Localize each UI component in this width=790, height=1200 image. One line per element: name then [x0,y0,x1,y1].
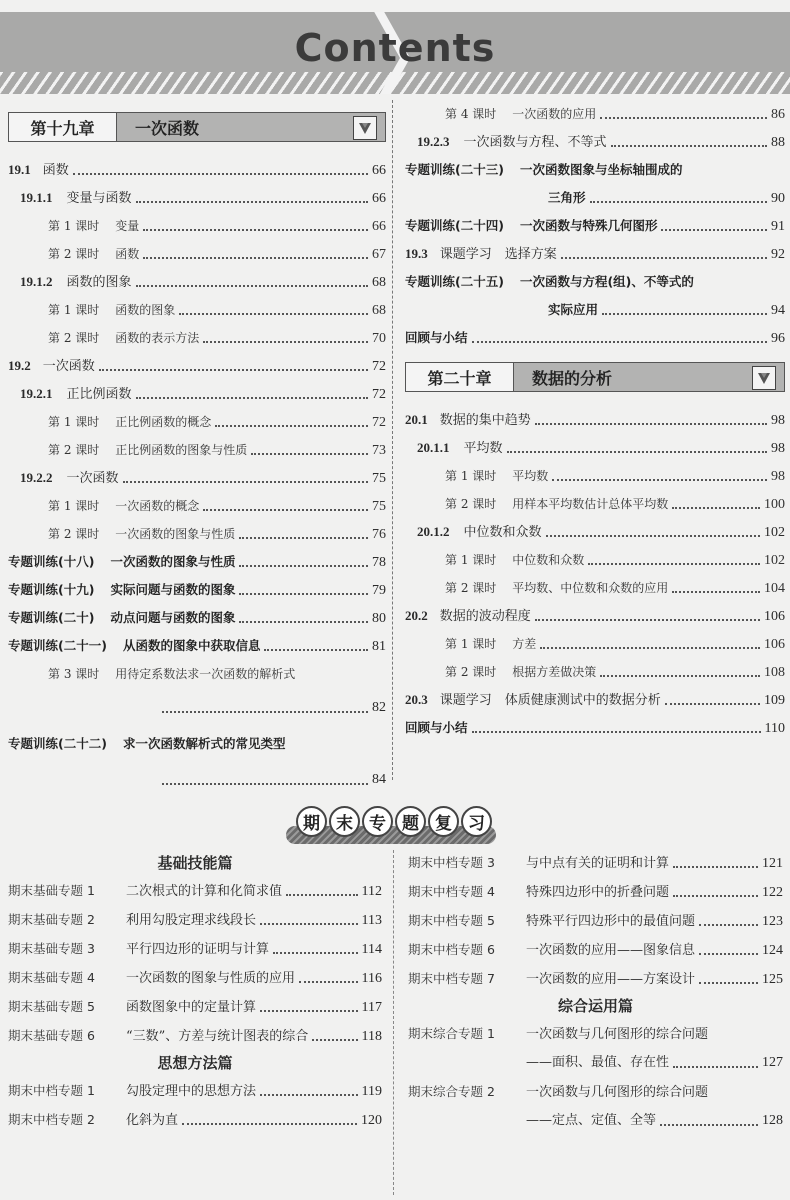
dot-leader [203,341,368,343]
entry-title: 用样本平均数估计总体平均数 [512,497,668,511]
dot-leader [535,619,760,621]
toc-entry[interactable]: 专题训练(十八)一次函数的图象与性质78 [8,548,386,576]
page-number: 72 [372,353,386,381]
page-number: 78 [372,549,386,577]
dot-leader [600,675,760,677]
entry-title: 课题学习 体质健康测试中的数据分析 [440,693,661,708]
entry-label: 第 2 课时用样本平均数估计总体平均数 [445,490,668,518]
entry-code: 期末中档专题 7 [408,964,526,993]
dot-leader [660,1124,758,1126]
dot-leader [552,479,767,481]
toc-entry-continued[interactable]: 实际应用94 [405,296,785,324]
review-entry[interactable]: 期末中档专题 4特殊四边形中的折叠问题122 [408,877,783,906]
toc-entry[interactable]: 20.1.1平均数98 [405,434,785,462]
title-char-badge: 末 [329,806,360,837]
dot-leader [699,924,758,926]
entry-label: 第 1 课时一次函数的概念 [48,492,199,520]
page-number: 124 [762,936,783,965]
page-number: 72 [372,409,386,437]
dot-leader [673,866,758,868]
page-number: 67 [372,241,386,269]
dot-leader [143,229,368,231]
page-number: 116 [362,964,382,993]
title-char-badge: 习 [461,806,492,837]
toc-entry[interactable]: 专题训练(二十三)一次函数图象与坐标轴围成的 [405,156,785,184]
entry-title: 一次函数 [67,471,119,486]
entry-label: 第 1 课时中位数和众数 [445,546,584,574]
review-entry[interactable]: 期末基础专题 2利用勾股定理求线段长113 [8,905,382,934]
chapter-20-header[interactable]: 第二十章 数据的分析 [405,362,785,392]
review-entry[interactable]: 期末综合专题 1一次函数与几何图形的综合问题 [408,1019,783,1048]
page-number: 108 [764,659,785,687]
entry-code: 第 1 课时 [445,553,496,567]
entry-title: 数据的波动程度 [440,609,531,624]
chapter-name: 数据的分析 [532,366,612,389]
toc-entry[interactable]: 第 2 课时一次函数的图象与性质76 [8,520,386,548]
entry-code: 19.1.1 [20,190,53,205]
entry-label: 第 1 课时变量 [48,212,139,240]
chapter-19-column: 第十九章 一次函数 19.1函数6619.1.1变量与函数66第 1 课时变量6… [8,112,386,794]
chevron-down-icon[interactable] [353,116,377,140]
toc-entry[interactable]: 第 2 课时根据方差做决策108 [405,658,785,686]
entry-code: 专题训练(十八) [8,554,94,569]
dot-leader [136,285,368,287]
entry-code: 期末综合专题 2 [408,1077,526,1106]
page-number: 70 [372,325,386,353]
toc-entry[interactable]: 第 2 课时平均数、中位数和众数的应用104 [405,574,785,602]
toc-entry[interactable]: 专题训练(二十四)一次函数与特殊几何图形91 [405,212,785,240]
toc-entry-continued[interactable]: 84 [8,766,386,794]
review-entry[interactable]: 期末中档专题 6一次函数的应用——图象信息124 [408,935,783,964]
page-number: 66 [372,185,386,213]
page-number: 127 [762,1048,783,1077]
toc-entry[interactable]: 第 1 课时函数的图象68 [8,296,386,324]
toc-entry[interactable]: 19.1.2函数的图象68 [8,268,386,296]
title-char-badge: 期 [296,806,327,837]
dot-leader [299,981,358,983]
toc-entry[interactable]: 第 2 课时函数67 [8,240,386,268]
page-number: 88 [771,129,785,157]
dot-leader [143,257,368,259]
review-entry[interactable]: 期末综合专题 2一次函数与几何图形的综合问题 [408,1077,783,1106]
page-number: 98 [771,407,785,435]
entry-code: 19.1.2 [20,274,53,289]
entry-code: 第 1 课时 [48,499,99,513]
toc-entry-continued[interactable]: 82 [8,694,386,722]
entry-title: 中位数和众数 [512,553,584,567]
dot-leader [239,565,368,567]
entry-title: 一次函数的概念 [115,499,199,513]
entry-title: 回顾与小结 [405,720,468,735]
entry-title: 从函数的图象中获取信息 [123,638,261,653]
dot-leader [602,313,767,315]
entry-label: 19.1.1变量与函数 [20,184,132,213]
entry-code: 期末中档专题 5 [408,906,526,935]
entry-title-continued: 实际应用 [548,296,598,324]
dot-leader [203,509,368,511]
entry-title: 课题学习 选择方案 [440,247,557,262]
entry-label: 19.1函数 [8,156,69,185]
dot-leader [472,731,761,733]
entry-code: 第 2 课时 [48,247,99,261]
page-number: 106 [764,631,785,659]
dot-leader [672,591,760,593]
entry-title-continued: 三角形 [548,184,586,212]
toc-entry[interactable]: 19.2.3一次函数与方程、不等式88 [405,128,785,156]
dot-leader [260,1094,358,1096]
page-number: 120 [361,1106,382,1135]
page-number: 79 [372,577,386,605]
entry-label: 回顾与小结 [405,324,468,352]
entry-title: 平均数 [464,441,503,456]
review-entry-continued[interactable]: ——面积、最值、存在性127 [408,1048,783,1077]
entry-code: 专题训练(二十五) [405,274,504,289]
entry-title: 平行四边形的证明与计算 [126,935,269,964]
entry-label: 第 1 课时函数的图象 [48,296,175,324]
entry-code: 专题训练(二十) [8,610,94,625]
page-number: 90 [771,185,785,213]
entry-code: 专题训练(二十一) [8,638,107,653]
entry-label: 第 4 课时一次函数的应用 [445,100,596,128]
chapter-number: 第十九章 [9,113,117,141]
entry-title: 一次函数的图象与性质 [110,554,235,569]
toc-entry[interactable]: 第 2 课时函数的表示方法70 [8,324,386,352]
entry-title: 根据方差做决策 [512,665,596,679]
page-number: 81 [372,633,386,661]
page-number: 98 [771,435,785,463]
entry-title: 一次函数图象与坐标轴围成的 [520,162,683,177]
page-number: 73 [372,437,386,465]
entry-title: 动点问题与函数的图象 [110,610,235,625]
toc-entry[interactable]: 回顾与小结96 [405,324,785,352]
page-number: 114 [362,935,382,964]
entry-title: 特殊四边形中的折叠问题 [526,878,669,907]
entry-title: 一次函数与方程(组)、不等式的 [520,274,694,289]
entry-title: 一次函数与几何图形的综合问题 [526,1020,708,1049]
entry-code: 期末基础专题 3 [8,934,126,963]
entry-title: 一次函数的图象与性质 [115,527,235,541]
chevron-down-icon[interactable] [752,366,776,390]
page-number: 94 [771,297,785,325]
toc-entry[interactable]: 专题训练(十九)实际问题与函数的图象79 [8,576,386,604]
toc-entry[interactable]: 19.1函数66 [8,156,386,184]
dot-leader [251,453,368,455]
title-characters: 期末专题复习 [296,806,492,837]
dot-leader [600,117,767,119]
dot-leader [239,593,368,595]
dot-leader [99,369,368,371]
entry-code: 19.2 [8,358,31,373]
entry-label: 第 2 课时函数的表示方法 [48,324,199,352]
page-number: 118 [362,1022,382,1051]
entry-label: 20.2数据的波动程度 [405,602,531,631]
entry-code: 19.2.1 [20,386,53,401]
entry-label: 19.3课题学习 选择方案 [405,240,557,269]
toc-entry[interactable]: 第 1 课时正比例函数的概念72 [8,408,386,436]
dot-leader [535,423,767,425]
review-entry[interactable]: 期末中档专题 1勾股定理中的思想方法119 [8,1076,382,1105]
toc-entry[interactable]: 19.3课题学习 选择方案92 [405,240,785,268]
dot-leader [260,923,358,925]
page-number: 98 [771,463,785,491]
entry-code: 期末中档专题 2 [8,1105,126,1134]
entry-label: 专题训练(二十)动点问题与函数的图象 [8,604,235,632]
review-entry[interactable]: 期末基础专题 4一次函数的图象与性质的应用116 [8,963,382,992]
chapter-19-entries: 19.1函数6619.1.1变量与函数66第 1 课时变量66第 2 课时函数6… [8,156,386,794]
toc-entry[interactable]: 第 1 课时方差106 [405,630,785,658]
toc-entry[interactable]: 第 1 课时中位数和众数102 [405,546,785,574]
page-number: 112 [362,877,382,906]
page-number: 92 [771,241,785,269]
dot-leader [162,711,368,713]
entry-code: 期末基础专题 6 [8,1021,126,1050]
toc-entry[interactable]: 专题训练(二十二)求一次函数解析式的常见类型 [8,730,386,758]
page-number: 110 [765,715,785,743]
entry-code: 19.2.3 [417,134,450,149]
entry-label: 第 2 课时一次函数的图象与性质 [48,520,235,548]
dot-leader [136,397,368,399]
chapter-19-entries-continued: 第 4 课时一次函数的应用8619.2.3一次函数与方程、不等式88专题训练(二… [405,100,785,352]
entry-code: 20.3 [405,692,428,707]
dot-leader [472,341,767,343]
toc-entry[interactable]: 20.3课题学习 体质健康测试中的数据分析109 [405,686,785,714]
review-left-column: 基础技能篇 期末基础专题 1二次根式的计算和化简求值112期末基础专题 2利用勾… [8,850,382,1134]
page-number: 109 [764,687,785,715]
entry-code: 第 1 课时 [445,637,496,651]
entry-code: 期末基础专题 2 [8,905,126,934]
dot-leader [540,647,760,649]
review-entry[interactable]: 期末中档专题 7一次函数的应用——方案设计125 [408,964,783,993]
entry-code: 期末基础专题 5 [8,992,126,1021]
entry-label: 第 2 课时平均数、中位数和众数的应用 [445,574,668,602]
entry-label: 专题训练(十八)一次函数的图象与性质 [8,548,235,576]
dot-leader [264,649,368,651]
review-entry[interactable]: 期末基础专题 6“三数”、方差与统计图表的综合118 [8,1021,382,1050]
toc-entry-continued[interactable]: 三角形90 [405,184,785,212]
entry-label: 第 1 课时正比例函数的概念 [48,408,211,436]
toc-entry[interactable]: 19.2.1正比例函数72 [8,380,386,408]
right-column: 第 4 课时一次函数的应用8619.2.3一次函数与方程、不等式88专题训练(二… [405,100,785,742]
entry-code: 期末基础专题 4 [8,963,126,992]
dot-leader [136,201,368,203]
page-number: 66 [372,213,386,241]
entry-label: 20.1数据的集中趋势 [405,406,531,435]
entry-title: 一次函数的图象与性质的应用 [126,964,295,993]
entry-label: 第 2 课时正比例函数的图象与性质 [48,436,247,464]
entry-code: 20.1.1 [417,440,450,455]
review-entry[interactable]: 期末基础专题 3平行四边形的证明与计算114 [8,934,382,963]
entry-code: 期末中档专题 1 [8,1076,126,1105]
entry-title: 函数的表示方法 [115,331,199,345]
entry-code: 期末基础专题 1 [8,876,126,905]
entry-code: 专题训练(二十四) [405,218,504,233]
entry-code: 20.1.2 [417,524,450,539]
dot-leader [312,1039,357,1041]
toc-entry[interactable]: 第 1 课时平均数98 [405,462,785,490]
dot-leader [239,537,368,539]
entry-label: 19.2.3一次函数与方程、不等式 [417,128,607,157]
entry-title: 变量 [115,219,139,233]
toc-entry[interactable]: 19.1.1变量与函数66 [8,184,386,212]
page-number: 122 [762,878,783,907]
chapter-19-header[interactable]: 第十九章 一次函数 [8,112,386,142]
page-number: 84 [372,766,386,794]
toc-entry[interactable]: 回顾与小结110 [405,714,785,742]
entry-title: 实际问题与函数的图象 [110,582,235,597]
entry-title: 平均数、中位数和众数的应用 [512,581,668,595]
entry-title: 函数 [43,163,69,178]
review-entry[interactable]: 期末中档专题 3与中点有关的证明和计算121 [408,848,783,877]
entry-label: 19.2.2一次函数 [20,464,119,493]
entry-code: 第 2 课时 [48,331,99,345]
review-entry[interactable]: 期末中档专题 2化斜为直120 [8,1105,382,1134]
entry-code: 第 1 课时 [445,469,496,483]
page-number: 75 [372,493,386,521]
dot-leader [665,703,760,705]
entry-title: 数据的集中趋势 [440,413,531,428]
entry-title: 变量与函数 [67,191,132,206]
dot-leader [611,145,767,147]
entry-title: 利用勾股定理求线段长 [126,906,256,935]
entry-title: 中位数和众数 [464,525,542,540]
entry-code: 期末中档专题 4 [408,877,526,906]
entry-code: 第 2 课时 [48,443,99,457]
page-number: 117 [362,993,382,1022]
review-entry-continued[interactable]: ——定点、定值、全等128 [408,1106,783,1135]
entry-label: 19.1.2函数的图象 [20,268,132,297]
column-divider-review [393,850,394,1195]
entry-code: 20.2 [405,608,428,623]
page-number: 68 [372,297,386,325]
entry-title: 化斜为直 [126,1106,178,1135]
entry-label: 专题训练(二十五)一次函数与方程(组)、不等式的 [405,268,694,296]
entry-code: 期末中档专题 3 [408,848,526,877]
entry-code: 第 2 课时 [48,527,99,541]
page-number: 121 [762,849,783,878]
entry-title-continued: ——定点、定值、全等 [526,1106,656,1135]
entry-label: 20.1.2中位数和众数 [417,518,542,547]
page-number: 106 [764,603,785,631]
toc-entry[interactable]: 专题训练(二十一)从函数的图象中获取信息81 [8,632,386,660]
toc-entry[interactable]: 第 4 课时一次函数的应用86 [405,100,785,128]
toc-entry[interactable]: 19.2.2一次函数75 [8,464,386,492]
dot-leader [215,425,368,427]
entry-label: 专题训练(二十二)求一次函数解析式的常见类型 [8,730,285,758]
chapter-name: 一次函数 [135,116,199,139]
dot-leader [73,173,368,175]
entry-title: 一次函数与几何图形的综合问题 [526,1078,708,1107]
page-number: 123 [762,907,783,936]
entry-title: 一次函数 [43,359,95,374]
page-title: Contents [0,26,790,70]
toc-entry[interactable]: 第 2 课时用样本平均数估计总体平均数100 [405,490,785,518]
entry-label: 第 3 课时用待定系数法求一次函数的解析式 [48,660,295,688]
entry-title: 函数 [115,247,139,261]
entry-title: 函数的图象 [67,275,132,290]
page-number: 66 [372,157,386,185]
dot-leader [239,621,368,623]
page-number: 113 [362,906,382,935]
title-char-badge: 专 [362,806,393,837]
entry-title: 一次函数与特殊几何图形 [520,218,658,233]
entry-title: 正比例函数的图象与性质 [115,443,247,457]
dot-leader [273,952,358,954]
entry-title: 求一次函数解析式的常见类型 [123,736,286,751]
basic-skills-list: 期末基础专题 1二次根式的计算和化简求值112期末基础专题 2利用勾股定理求线段… [8,876,382,1050]
entry-title: 函数图象中的定量计算 [126,993,256,1022]
entry-label: 专题训练(十九)实际问题与函数的图象 [8,576,235,604]
entry-code: 专题训练(十九) [8,582,94,597]
entry-title: 特殊平行四边形中的最值问题 [526,907,695,936]
toc-entry[interactable]: 专题训练(二十)动点问题与函数的图象80 [8,604,386,632]
entry-label: 第 1 课时方差 [445,630,536,658]
entry-label: 20.3课题学习 体质健康测试中的数据分析 [405,686,661,715]
dot-leader [588,563,760,565]
dot-leader [286,894,358,896]
entry-code: 19.2.2 [20,470,53,485]
dot-leader [182,1123,357,1125]
entry-title: 方差 [512,637,536,651]
entry-title: 一次函数的应用 [512,107,596,121]
page-number: 68 [372,269,386,297]
entry-code: 20.1 [405,412,428,427]
dot-leader [673,895,758,897]
dot-leader [673,1066,758,1068]
review-entry[interactable]: 期末中档专题 5特殊平行四边形中的最值问题123 [408,906,783,935]
toc-entry[interactable]: 第 2 课时正比例函数的图象与性质73 [8,436,386,464]
entry-title: 函数的图象 [115,303,175,317]
title-char-badge: 题 [395,806,426,837]
entry-title-continued: ——面积、最值、存在性 [526,1048,669,1077]
dot-leader [546,535,760,537]
toc-entry[interactable]: 20.1.2中位数和众数102 [405,518,785,546]
entry-code: 第 3 课时 [48,667,99,681]
toc-entry[interactable]: 20.1数据的集中趋势98 [405,406,785,434]
dot-leader [561,257,767,259]
review-entry[interactable]: 期末基础专题 5函数图象中的定量计算117 [8,992,382,1021]
toc-entry[interactable]: 第 3 课时用待定系数法求一次函数的解析式 [8,660,386,688]
chapter-number: 第二十章 [406,363,514,391]
entry-label: 专题训练(二十四)一次函数与特殊几何图形 [405,212,657,240]
page-number: 86 [771,101,785,129]
page-number: 119 [362,1077,382,1106]
toc-entry[interactable]: 专题训练(二十五)一次函数与方程(组)、不等式的 [405,268,785,296]
page-number: 128 [762,1106,783,1135]
toc-entry[interactable]: 第 1 课时变量66 [8,212,386,240]
dot-leader [661,229,767,231]
entry-label: 专题训练(二十三)一次函数图象与坐标轴围成的 [405,156,682,184]
toc-entry[interactable]: 20.2数据的波动程度106 [405,602,785,630]
entry-title: 正比例函数的概念 [115,415,211,429]
entry-label: 19.2.1正比例函数 [20,380,132,409]
entry-code: 期末综合专题 1 [408,1019,526,1048]
review-entry[interactable]: 期末基础专题 1二次根式的计算和化简求值112 [8,876,382,905]
dot-leader [507,451,767,453]
entry-title: 一次函数的应用——方案设计 [526,965,695,994]
entry-code: 19.3 [405,246,428,261]
page-number: 72 [372,381,386,409]
entry-title: 一次函数的应用——图象信息 [526,936,695,965]
entry-code: 专题训练(二十二) [8,736,107,751]
toc-entry[interactable]: 19.2一次函数72 [8,352,386,380]
dot-leader [179,313,368,315]
title-char-badge: 复 [428,806,459,837]
toc-entry[interactable]: 第 1 课时一次函数的概念75 [8,492,386,520]
entry-code: 第 1 课时 [48,303,99,317]
page-number: 102 [764,547,785,575]
entry-title: 二次根式的计算和化简求值 [126,877,282,906]
entry-code: 19.1 [8,162,31,177]
